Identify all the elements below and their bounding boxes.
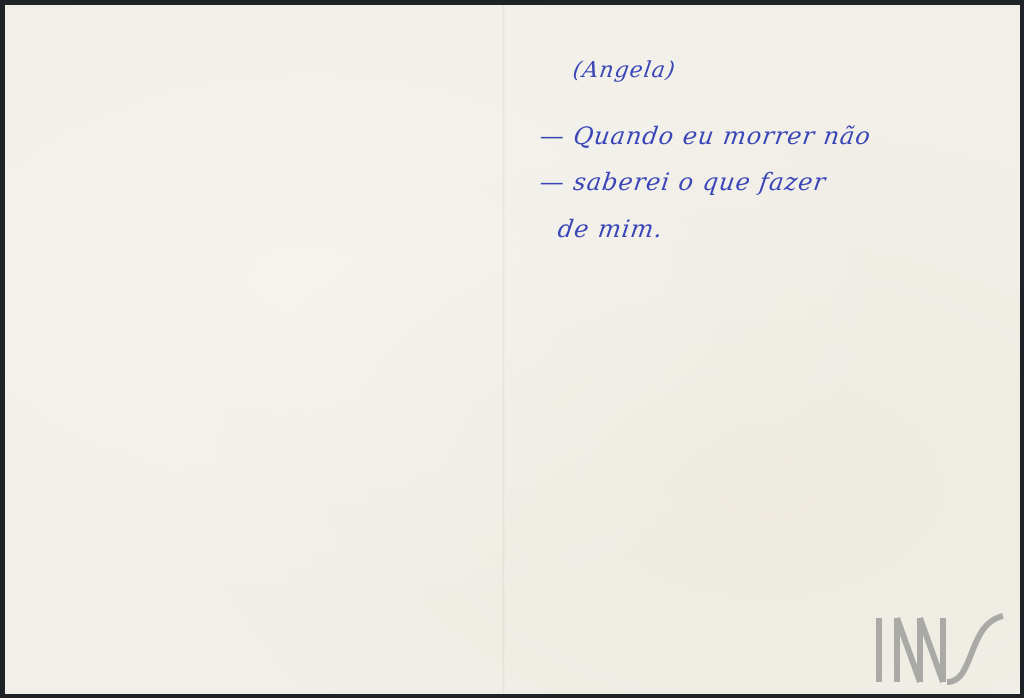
ims-logo-icon — [875, 610, 1010, 685]
paper-fold-line — [502, 5, 505, 694]
document-frame: (Angela) — Quando eu morrer não — sabere… — [0, 0, 1024, 698]
note-line-3: de mim. — [556, 215, 665, 243]
note-line-1: — Quando eu morrer não — [538, 122, 873, 150]
note-line-2: — saberei o que fazer — [538, 168, 828, 196]
paper-sheet: (Angela) — Quando eu morrer não — sabere… — [5, 5, 1020, 694]
note-title: (Angela) — [571, 58, 677, 83]
